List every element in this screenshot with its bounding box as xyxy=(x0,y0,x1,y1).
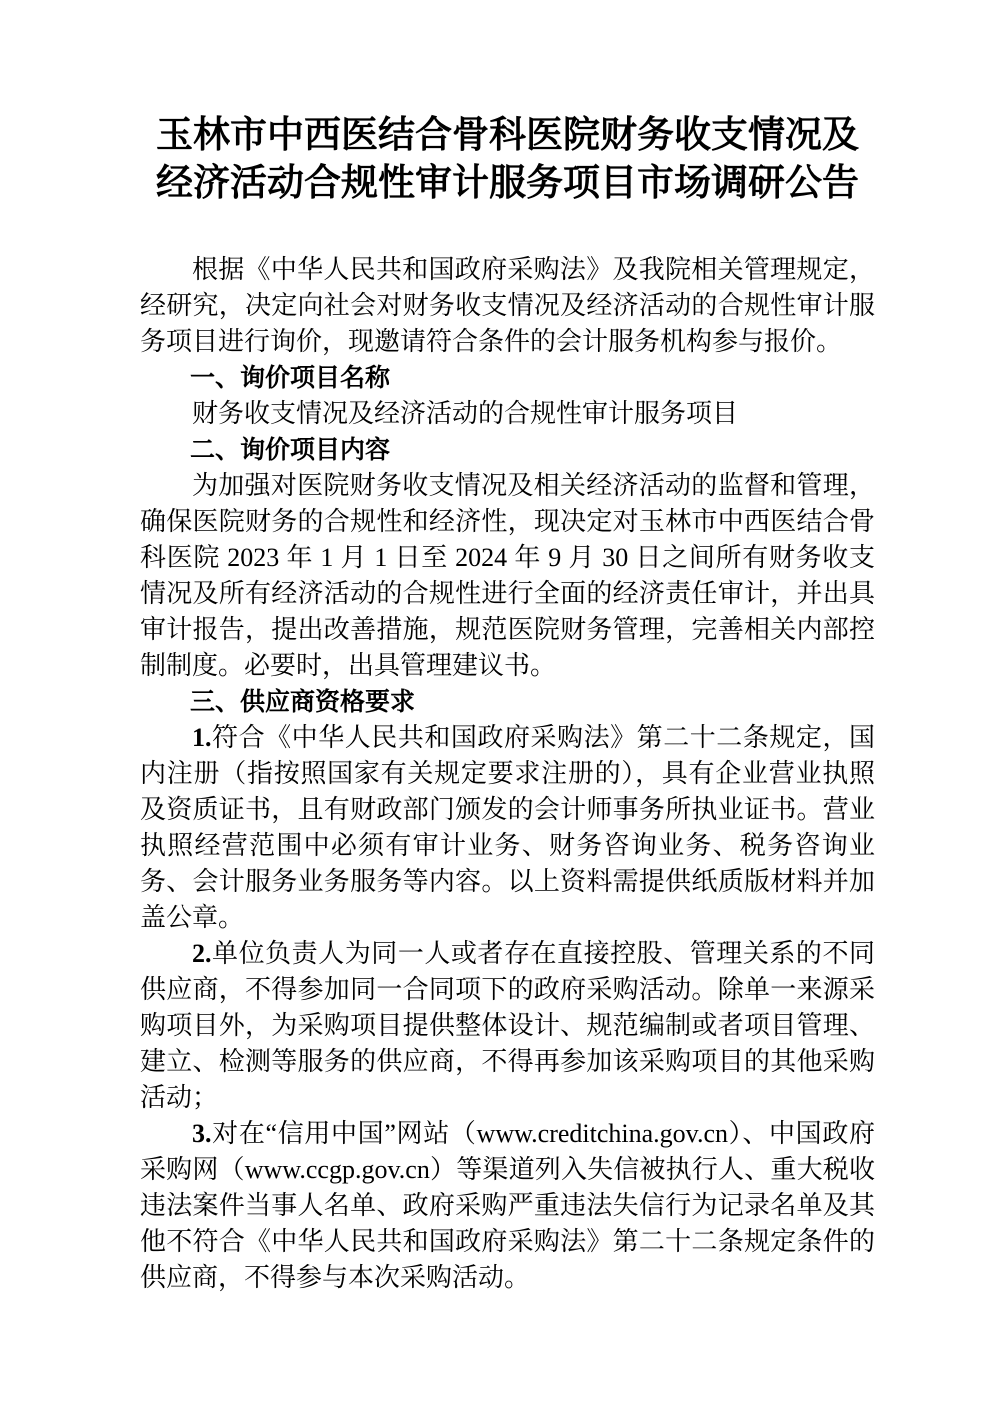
requirement-item-3-text: 对在“信用中国”网站（www.creditchina.gov.cn）、中国政府采… xyxy=(140,1119,875,1292)
requirement-item-2-number: 2. xyxy=(192,939,212,968)
requirement-item-3: 3.对在“信用中国”网站（www.creditchina.gov.cn）、中国政… xyxy=(140,1116,875,1296)
requirement-item-1-number: 1. xyxy=(192,723,212,752)
section-2-body: 为加强对医院财务收支情况及相关经济活动的监督和管理，确保医院财务的合规性和经济性… xyxy=(140,468,875,684)
intro-paragraph: 根据《中华人民共和国政府采购法》及我院相关管理规定，经研究，决定向社会对财务收支… xyxy=(140,252,875,360)
section-1-heading: 一、询价项目名称 xyxy=(140,360,875,396)
requirement-item-1: 1.符合《中华人民共和国政府采购法》第二十二条规定，国内注册（指按照国家有关规定… xyxy=(140,720,875,936)
requirement-item-2-text: 单位负责人为同一人或者存在直接控股、管理关系的不同供应商，不得参加同一合同项下的… xyxy=(140,939,875,1112)
requirement-item-2: 2.单位负责人为同一人或者存在直接控股、管理关系的不同供应商，不得参加同一合同项… xyxy=(140,936,875,1116)
section-1-body: 财务收支情况及经济活动的合规性审计服务项目 xyxy=(140,396,875,432)
requirement-item-3-number: 3. xyxy=(192,1119,212,1148)
document-page: 玉林市中西医结合骨科医院财务收支情况及经济活动合规性审计服务项目市场调研公告 根… xyxy=(0,0,1000,1414)
section-2-heading: 二、询价项目内容 xyxy=(140,432,875,468)
document-title: 玉林市中西医结合骨科医院财务收支情况及经济活动合规性审计服务项目市场调研公告 xyxy=(156,112,859,208)
requirement-item-1-text: 符合《中华人民共和国政府采购法》第二十二条规定，国内注册（指按照国家有关规定要求… xyxy=(140,723,875,932)
section-3-heading: 三、供应商资格要求 xyxy=(140,684,875,720)
